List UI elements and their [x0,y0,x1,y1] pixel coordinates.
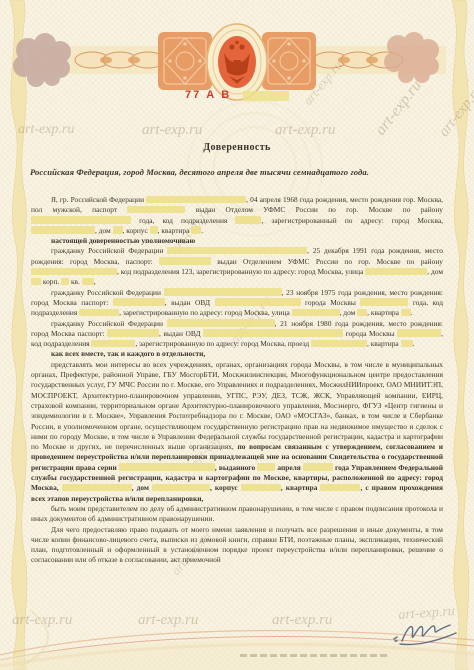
header-ornament [0,20,474,106]
redacted-field [62,484,132,492]
paragraph: гражданку Российской Федерации , 25 дека… [31,246,443,287]
redacted-field [61,278,69,286]
redacted-field [203,329,343,337]
redacted-field [191,226,201,234]
redacted-field [167,247,307,255]
document-title: Доверенность [0,142,474,153]
redacted-field [357,309,367,317]
right-rosette-icon [384,32,439,83]
redacted-field [320,484,360,492]
redacted-field [113,226,123,234]
redacted-field [215,298,301,306]
redacted-field [311,340,367,348]
paragraph: быть моим представителем по делу об адми… [31,504,443,525]
redacted-field [167,319,275,327]
paragraph: настоящей доверенностью уполномочиваю [31,236,443,246]
redacted-field [360,298,408,306]
redacted-field [292,309,340,317]
redacted-field [31,268,117,276]
form-series-number: 77 А В [185,89,231,101]
paragraph: гражданку Российской Федерации , 23 нояб… [31,288,443,319]
redacted-field [79,309,119,317]
redacted-field [401,340,413,348]
redacted-field [150,226,158,234]
watermark-text: art-exp.ru [275,122,335,139]
signature [390,615,462,651]
paragraph: гражданку Российской Федерации , 21 нояб… [31,319,443,350]
redacted-field [365,268,427,276]
redacted-field [31,278,41,286]
redacted-field [401,309,411,317]
redacted-field [127,206,185,214]
redacted-field [257,463,275,471]
printer-imprint [240,654,390,657]
left-rosette-icon [13,33,71,87]
paragraph: Я, гр. Российской Федерации , 04 апреля … [31,195,443,236]
redacted-field [31,216,131,224]
redacted-field [82,278,94,286]
redacted-field [91,340,135,348]
redacted-field [31,226,95,234]
redacted-field [146,196,246,204]
paragraph: Для чего предоставляю право подавать от … [31,525,443,566]
redacted-field [159,257,211,265]
watermark-text: art-exp.ru [142,122,202,139]
paragraph: как всех вместе, так и каждого в отдельн… [31,349,443,359]
redacted-field [303,463,333,471]
redacted-field [107,329,159,337]
redacted-field [119,463,215,471]
document-dateline: Российская Федерация, город Москва, деся… [30,167,444,177]
redacted-field [235,216,261,224]
redacted-field [152,484,210,492]
paragraph: представлять мои интересы во всех учрежд… [31,360,443,504]
redacted-field [164,288,282,296]
redacted-field [113,298,165,306]
series-redacted-field [243,91,289,101]
redacted-field [397,329,441,337]
watermark-text: art-exp.ru [18,122,74,138]
redacted-field [241,484,281,492]
deed-page: 77 А В art-exp.ruart-exp.ruart-exp.ruart… [0,0,474,670]
document-body: Я, гр. Российской Федерации , 04 апреля … [31,195,443,627]
